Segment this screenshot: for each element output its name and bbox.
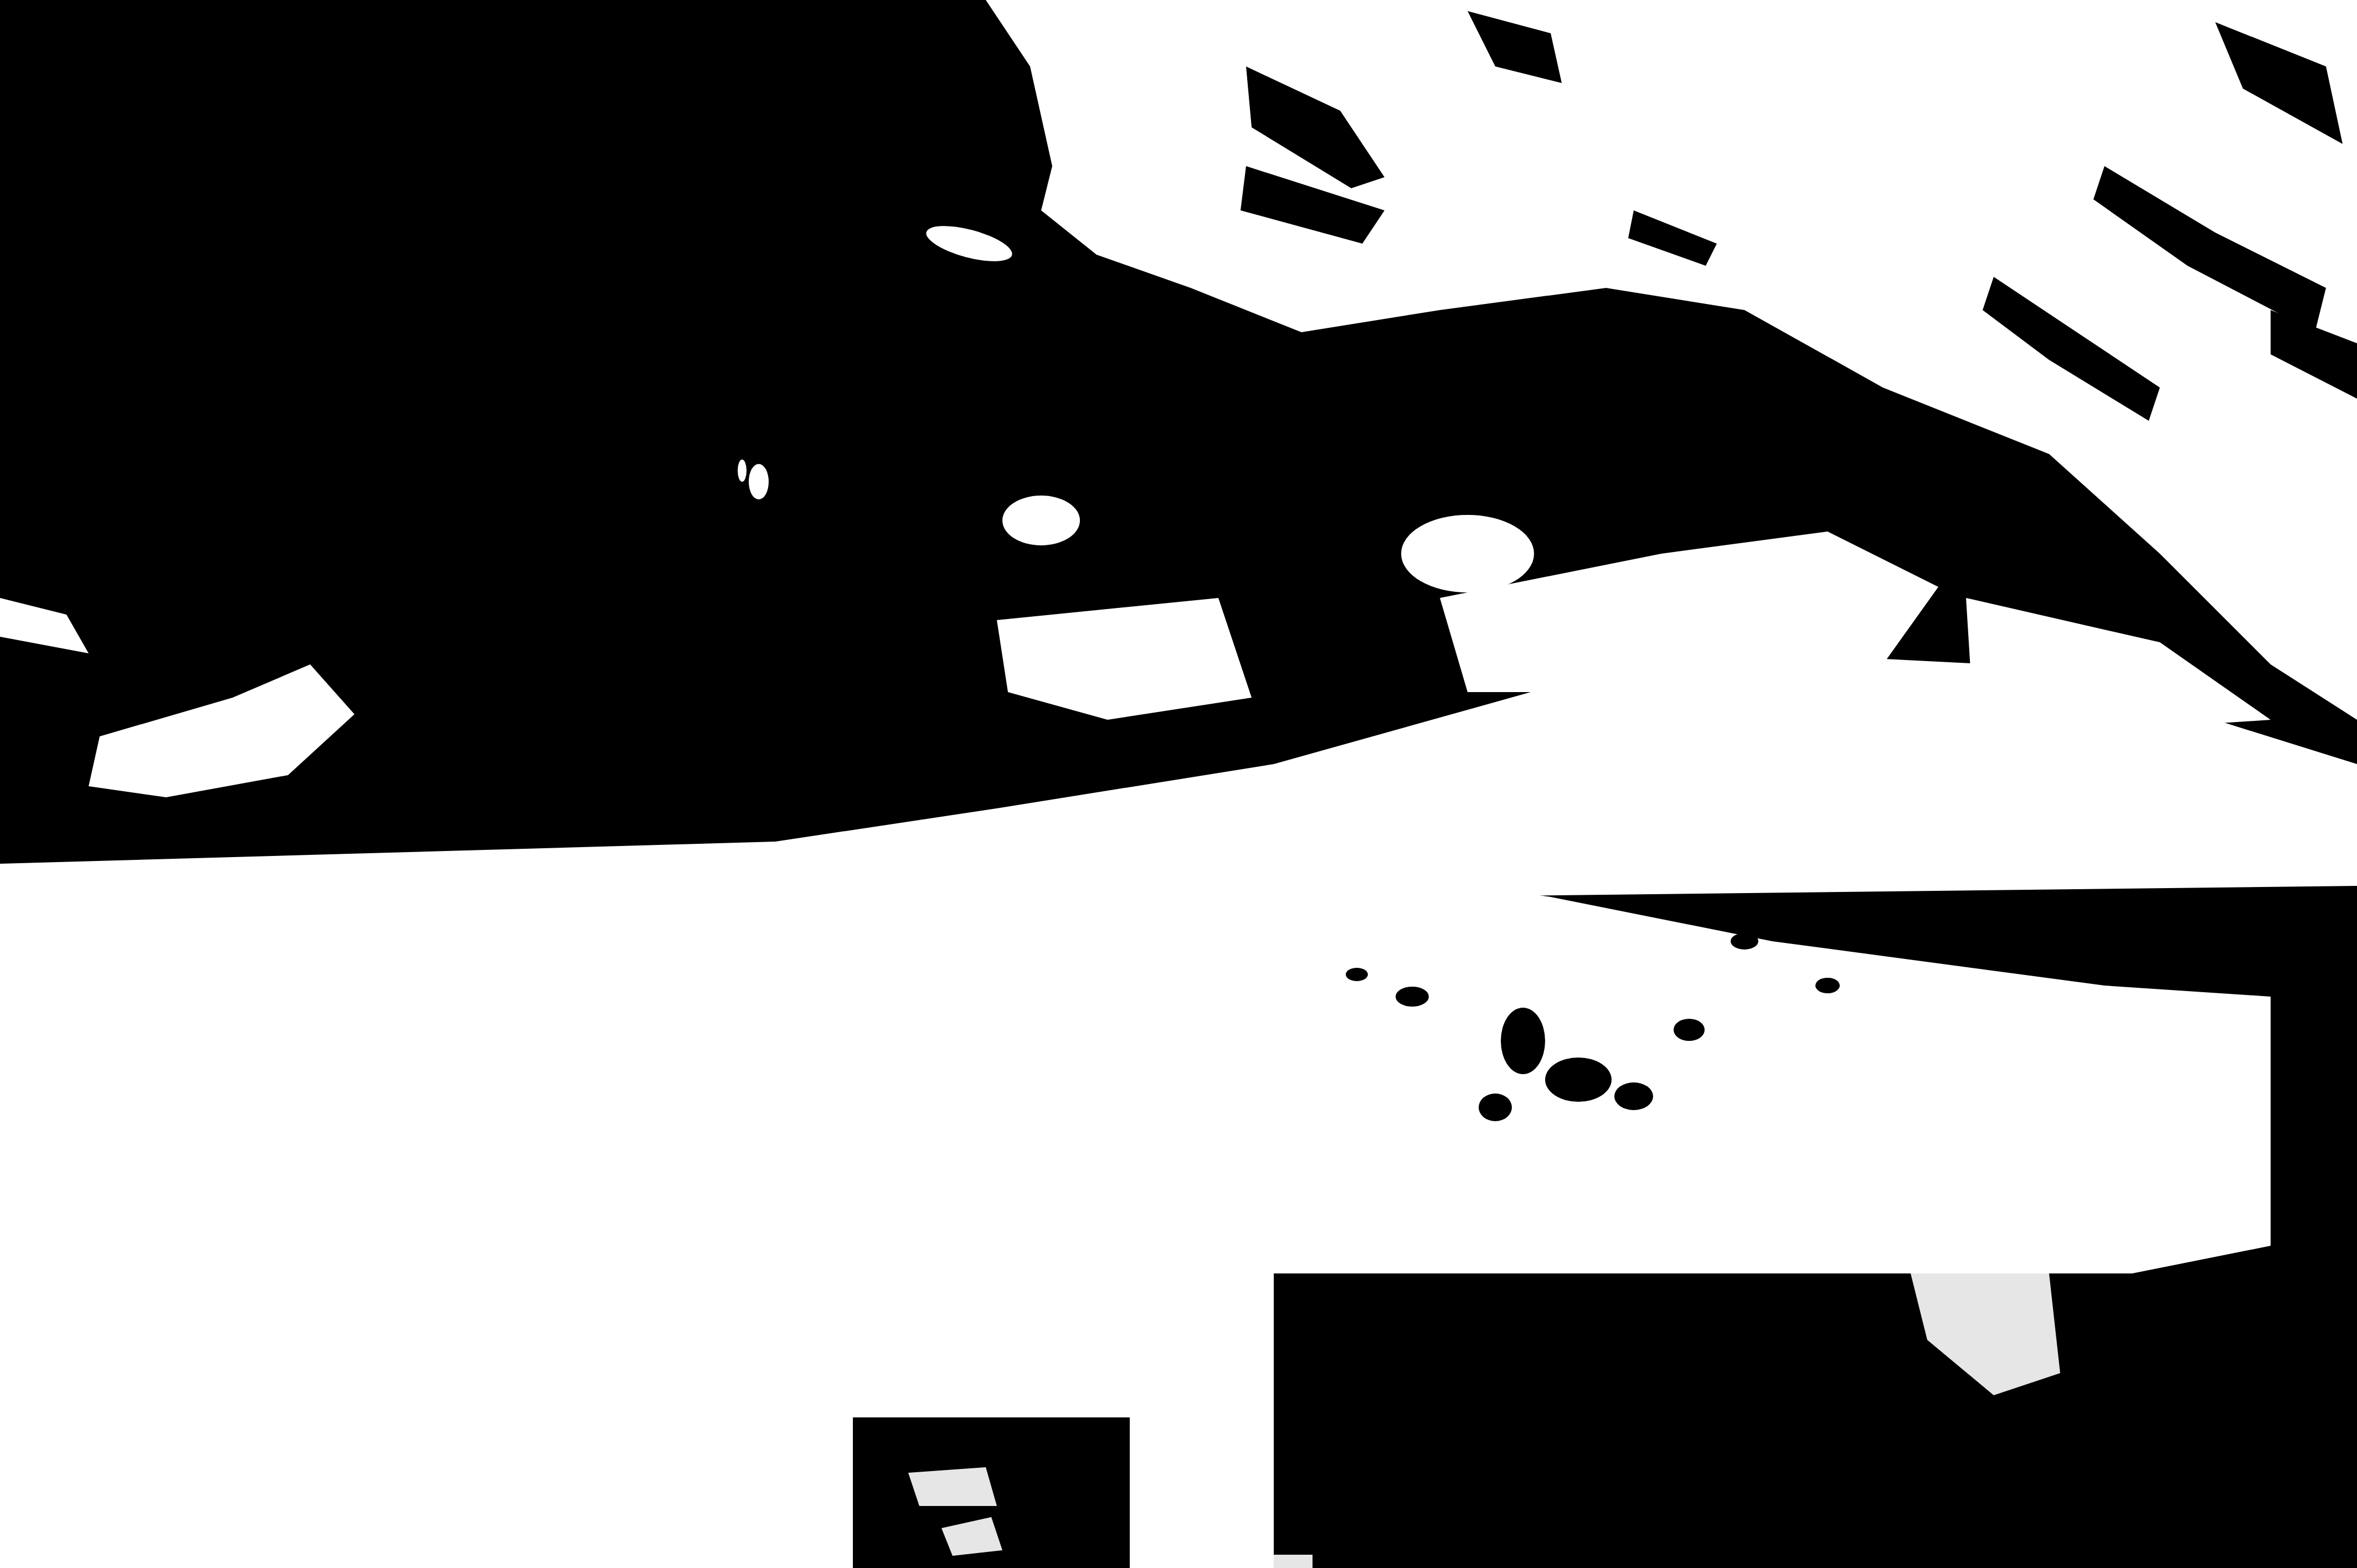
binarized-landscape-photo xyxy=(0,0,2357,1568)
